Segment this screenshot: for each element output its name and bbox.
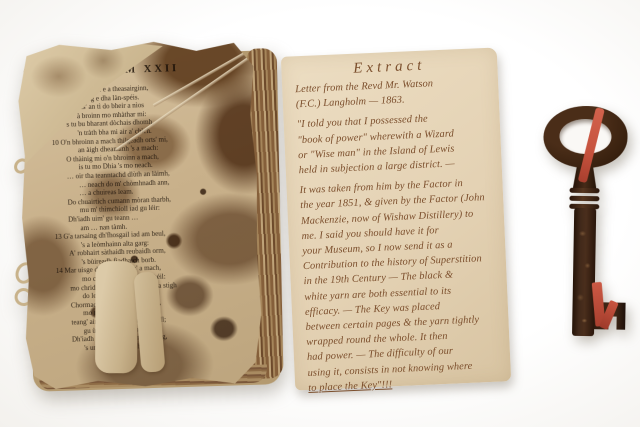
torn-paper-flap [95, 261, 137, 373]
psalm-book: SALM XXII gu'n deanadh e a theasairginn,… [17, 32, 286, 392]
key-ridge [569, 196, 599, 202]
letter-card: Extract Letter from the Revd Mr. Watson(… [281, 47, 511, 390]
photo-stage: SALM XXII gu'n deanadh e a theasairginn,… [0, 0, 640, 427]
book-page: SALM XXII gu'n deanadh e a theasairginn,… [17, 39, 264, 390]
key-stem [572, 208, 596, 336]
card-lines: Letter from the Revd Mr. Watson(F.C.) La… [282, 73, 511, 396]
key-ridge [570, 188, 600, 194]
iron-key [534, 99, 634, 345]
